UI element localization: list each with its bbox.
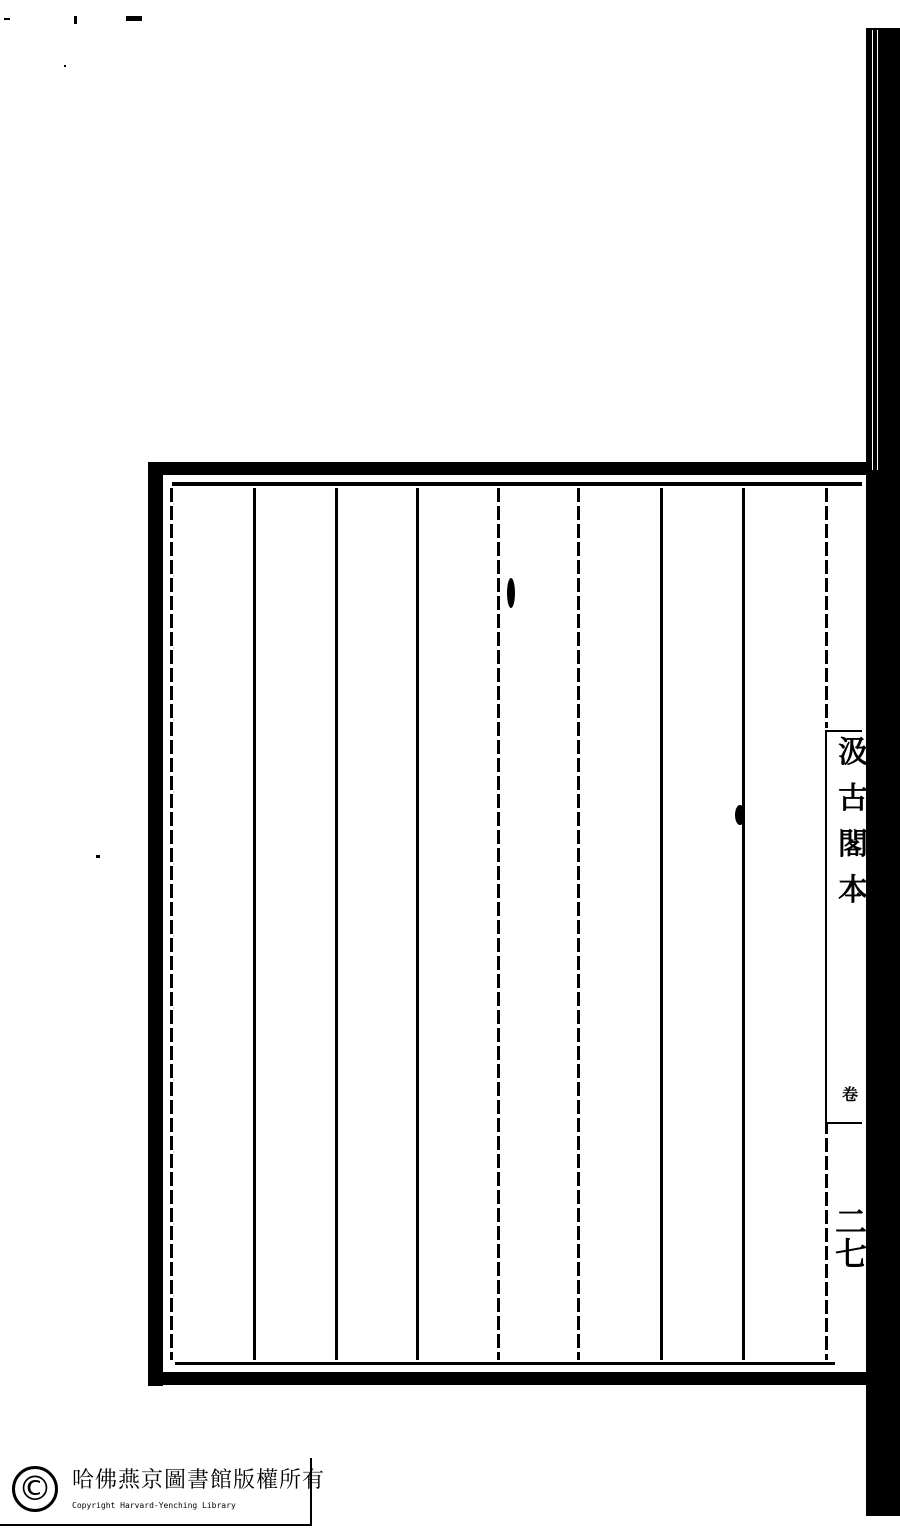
ink-blot [507,578,515,608]
frame-top-border [148,462,868,475]
ink-speck [64,65,66,67]
column-rule [825,488,828,728]
title-char: 古 [838,781,868,817]
column-rule [416,488,419,1360]
column-rule [335,488,338,1360]
ink-speck [4,18,10,20]
spine-texture [870,30,878,470]
column-rule [170,488,173,1360]
column-rule [660,488,663,1360]
title-char: 汲 [838,735,868,771]
copyright-english: Copyright Harvard-Yenching Library [72,1501,236,1510]
frame-inner-bottom-rule [175,1362,835,1365]
ink-blot [735,805,745,825]
frame-left-border [148,462,163,1386]
title-char: 閣 [838,827,868,863]
ink-speck [74,16,77,24]
column-rule [577,488,580,1360]
ink-speck [96,855,100,858]
volume-mark: 卷 [842,1082,858,1105]
column-rule [742,488,745,1360]
copyright-chinese: 哈佛燕京圖書館版權所有 [72,1463,325,1494]
title-char: 本 [838,873,868,909]
column-rule [253,488,256,1360]
column-rule [825,1120,828,1360]
center-margin-title: 汲 古 閣 本 [838,735,868,909]
copyright-icon: © [12,1466,58,1512]
folio-number: 二七 [832,1205,866,1269]
column-rule [497,488,500,1360]
frame-bottom-border [160,1372,868,1385]
frame-inner-top-rule [172,482,862,486]
ink-speck [126,16,142,21]
